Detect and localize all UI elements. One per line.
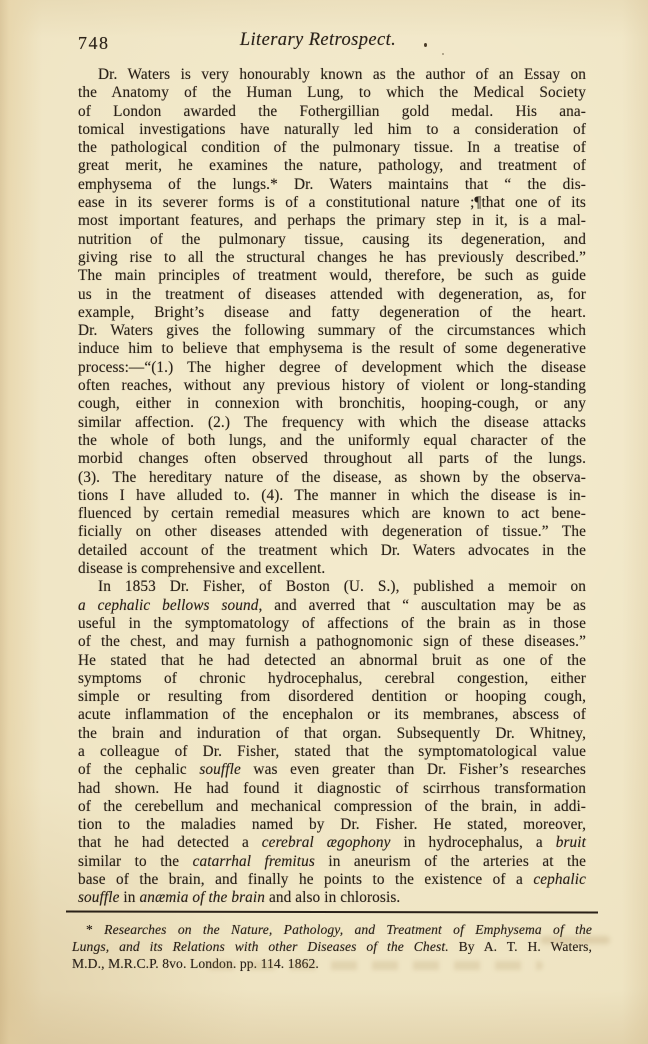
text-line: Dr. Waters gives the following summary o… xyxy=(78,322,586,340)
text-segment: of the chest, and may furnish a pathogno… xyxy=(78,633,586,650)
text-line: morbid changes often observed throughout… xyxy=(78,450,586,468)
text-line: the Anatomy of the Human Lung, to which … xyxy=(78,84,586,102)
text-segment: similar affection. (2.) The frequency wi… xyxy=(78,414,586,431)
page-header: 748 Literary Retrospect. xyxy=(78,30,586,66)
text-line: tomical investigations have naturally le… xyxy=(78,121,586,139)
text-line: M.D., M.R.C.P. 8vo. London. pp. 114. 186… xyxy=(72,955,592,972)
text-line: Lungs, and its Relations with other Dise… xyxy=(72,938,592,955)
text-line: a cephalic bellows sound, and averred th… xyxy=(78,597,586,615)
text-segment: that he had detected a xyxy=(78,834,262,851)
text-segment: nutrition of the pulmonary tissue, causi… xyxy=(78,231,586,248)
paragraph-1: Dr. Waters is very honourably known as t… xyxy=(78,66,586,578)
text-line: ficially on other diseases attended with… xyxy=(78,523,586,541)
italic-text-segment: souffle xyxy=(78,889,120,906)
body-text: Dr. Waters is very honourably known as t… xyxy=(78,66,586,908)
text-segment: By A. T. H. Waters, xyxy=(449,939,592,954)
text-segment: giving rise to all the structural change… xyxy=(78,249,586,266)
text-segment: the whole of both lungs, and the uniform… xyxy=(78,432,586,449)
italic-text-segment: Researches on the Nature, Pathology, and… xyxy=(104,922,592,937)
text-segment: (3). The hereditary nature of the diseas… xyxy=(78,469,586,486)
text-segment: ficially on other diseases attended with… xyxy=(78,523,586,540)
text-segment: disease is comprehensive and excellent. xyxy=(78,560,325,577)
text-segment: in hydrocephalus, a xyxy=(391,834,556,851)
text-segment: M.D., M.R.C.P. 8vo. London. pp. 114. 186… xyxy=(72,956,319,971)
text-line: base of the brain, and finally he points… xyxy=(78,871,586,889)
text-segment: simple or resulting from disordered dent… xyxy=(78,688,586,705)
text-segment: great merit, he examines the nature, pat… xyxy=(78,157,586,174)
italic-text-segment: Lungs, and its Relations with other Dise… xyxy=(72,939,449,954)
text-line: disease is comprehensive and excellent. xyxy=(78,560,586,578)
italic-text-segment: bruit xyxy=(556,834,586,851)
text-line: emphysema of the lungs.* Dr. Waters main… xyxy=(78,176,586,194)
text-line: the pathological condition of the pulmon… xyxy=(78,139,586,157)
text-segment: Dr. Waters is very honourably known as t… xyxy=(98,66,586,83)
text-line: souffle in anæmia of the brain and also … xyxy=(78,889,586,907)
text-line: of the cephalic souffle was even greater… xyxy=(78,761,586,779)
running-title: Literary Retrospect. xyxy=(64,30,572,51)
text-segment: example, Bright’s disease and fatty dege… xyxy=(78,304,586,321)
text-line: fluenced by certain remedial measures wh… xyxy=(78,505,586,523)
text-segment: He stated that he had detected an abnorm… xyxy=(78,652,586,669)
italic-text-segment: souffle xyxy=(199,761,241,778)
text-segment: Dr. Waters gives the following summary o… xyxy=(78,322,586,339)
text-segment: fluenced by certain remedial measures wh… xyxy=(78,505,586,522)
text-line: of London awarded the Fothergillian gold… xyxy=(78,103,586,121)
footnote-rule xyxy=(66,910,598,913)
ink-speck xyxy=(424,43,427,47)
page-content: 748 Literary Retrospect. Dr. Waters is v… xyxy=(78,30,586,973)
text-line: the brain and induration of that organ. … xyxy=(78,725,586,743)
text-segment: was even greater than Dr. Fisher’s resea… xyxy=(241,761,586,778)
text-line: a colleague of Dr. Fisher, stated that t… xyxy=(78,743,586,761)
book-page: 748 Literary Retrospect. Dr. Waters is v… xyxy=(0,0,648,1044)
text-segment: detailed account of the treatment which … xyxy=(78,542,586,559)
text-segment: morbid changes often observed throughout… xyxy=(78,450,586,467)
text-segment: a colleague of Dr. Fisher, stated that t… xyxy=(78,743,586,760)
text-line: process:—“(1.) The higher degree of deve… xyxy=(78,359,586,377)
text-line: of the chest, and may furnish a pathogno… xyxy=(78,633,586,651)
text-segment: tomical investigations have naturally le… xyxy=(78,121,586,138)
text-segment: most important features, and perhaps the… xyxy=(78,212,586,229)
text-line: detailed account of the treatment which … xyxy=(78,542,586,560)
text-segment: acute inflammation of the encephalon or … xyxy=(78,706,586,723)
text-segment: tions I have alluded to. (4). The manner… xyxy=(78,487,586,504)
text-line: similar to the catarrhal fremitus in ane… xyxy=(78,853,586,871)
text-segment: The main principles of treatment would, … xyxy=(78,267,586,284)
text-line: often reaches, without any previous hist… xyxy=(78,377,586,395)
italic-text-segment: anæmia of the brain xyxy=(139,889,265,906)
text-line: In 1853 Dr. Fisher, of Boston (U. S.), p… xyxy=(78,578,586,596)
text-segment: emphysema of the lungs.* Dr. Waters main… xyxy=(78,176,586,193)
italic-text-segment: cephalic xyxy=(533,871,586,888)
text-line: He stated that he had detected an abnorm… xyxy=(78,652,586,670)
text-segment: of the cerebellum and mechanical compres… xyxy=(78,798,586,815)
text-segment: induce him to believe that emphysema is … xyxy=(78,340,586,357)
text-segment: the Anatomy of the Human Lung, to which … xyxy=(78,84,586,101)
ink-speck xyxy=(442,53,444,55)
italic-text-segment: cerebral ægophony xyxy=(262,834,391,851)
text-line: ease in its severer forms is of a consti… xyxy=(78,194,586,212)
text-segment: in aneurism of the arteries at the xyxy=(315,853,586,870)
text-line: Dr. Waters is very honourably known as t… xyxy=(78,66,586,84)
text-line: had shown. He had found it diagnostic of… xyxy=(78,780,586,798)
text-line: (3). The hereditary nature of the diseas… xyxy=(78,469,586,487)
text-line: * Researches on the Nature, Pathology, a… xyxy=(72,921,592,938)
text-segment: the pathological condition of the pulmon… xyxy=(78,139,586,156)
text-line: acute inflammation of the encephalon or … xyxy=(78,706,586,724)
text-segment: tion to the maladies named by Dr. Fisher… xyxy=(78,816,586,833)
text-line: that he had detected a cerebral ægophony… xyxy=(78,834,586,852)
text-line: tions I have alluded to. (4). The manner… xyxy=(78,487,586,505)
text-segment: symptoms of chronic hydrocephalus, cereb… xyxy=(78,670,586,687)
italic-text-segment: a cephalic bellows sound xyxy=(78,597,259,614)
text-line: cough, either in connexion with bronchit… xyxy=(78,395,586,413)
text-segment: base of the brain, and finally he points… xyxy=(78,871,533,888)
text-segment: had shown. He had found it diagnostic of… xyxy=(78,780,586,797)
text-segment: * xyxy=(86,922,104,937)
text-segment: ease in its severer forms is of a consti… xyxy=(78,194,586,211)
text-line: tion to the maladies named by Dr. Fisher… xyxy=(78,816,586,834)
text-segment: and also in chlorosis. xyxy=(265,889,400,906)
footnote: * Researches on the Nature, Pathology, a… xyxy=(72,921,592,973)
text-segment: , and averred that “ auscultation may be… xyxy=(259,597,587,614)
text-segment: of London awarded the Fothergillian gold… xyxy=(78,103,586,120)
text-segment: similar to the xyxy=(78,853,193,870)
text-segment: of the cephalic xyxy=(78,761,199,778)
text-line: The main principles of treatment would, … xyxy=(78,267,586,285)
italic-text-segment: catarrhal fremitus xyxy=(193,853,315,870)
text-line: the whole of both lungs, and the uniform… xyxy=(78,432,586,450)
text-line: example, Bright’s disease and fatty dege… xyxy=(78,304,586,322)
text-segment: the brain and induration of that organ. … xyxy=(78,725,586,742)
text-segment: often reaches, without any previous hist… xyxy=(78,377,586,394)
text-segment: In 1853 Dr. Fisher, of Boston (U. S.), p… xyxy=(98,578,586,595)
text-segment: process:—“(1.) The higher degree of deve… xyxy=(78,359,586,376)
text-line: most important features, and perhaps the… xyxy=(78,212,586,230)
text-line: of the cerebellum and mechanical compres… xyxy=(78,798,586,816)
text-segment: in xyxy=(120,889,140,906)
text-line: induce him to believe that emphysema is … xyxy=(78,340,586,358)
text-segment: cough, either in connexion with bronchit… xyxy=(78,395,586,412)
text-line: simple or resulting from disordered dent… xyxy=(78,688,586,706)
text-line: similar affection. (2.) The frequency wi… xyxy=(78,414,586,432)
text-line: giving rise to all the structural change… xyxy=(78,249,586,267)
text-line: great merit, he examines the nature, pat… xyxy=(78,157,586,175)
text-segment: us in the treatment of diseases attended… xyxy=(78,286,586,303)
text-line: nutrition of the pulmonary tissue, causi… xyxy=(78,231,586,249)
paragraph-2: In 1853 Dr. Fisher, of Boston (U. S.), p… xyxy=(78,578,586,907)
text-line: us in the treatment of diseases attended… xyxy=(78,286,586,304)
text-line: useful in the symptomatology of affectio… xyxy=(78,615,586,633)
text-segment: useful in the symptomatology of affectio… xyxy=(78,615,586,632)
text-line: symptoms of chronic hydrocephalus, cereb… xyxy=(78,670,586,688)
